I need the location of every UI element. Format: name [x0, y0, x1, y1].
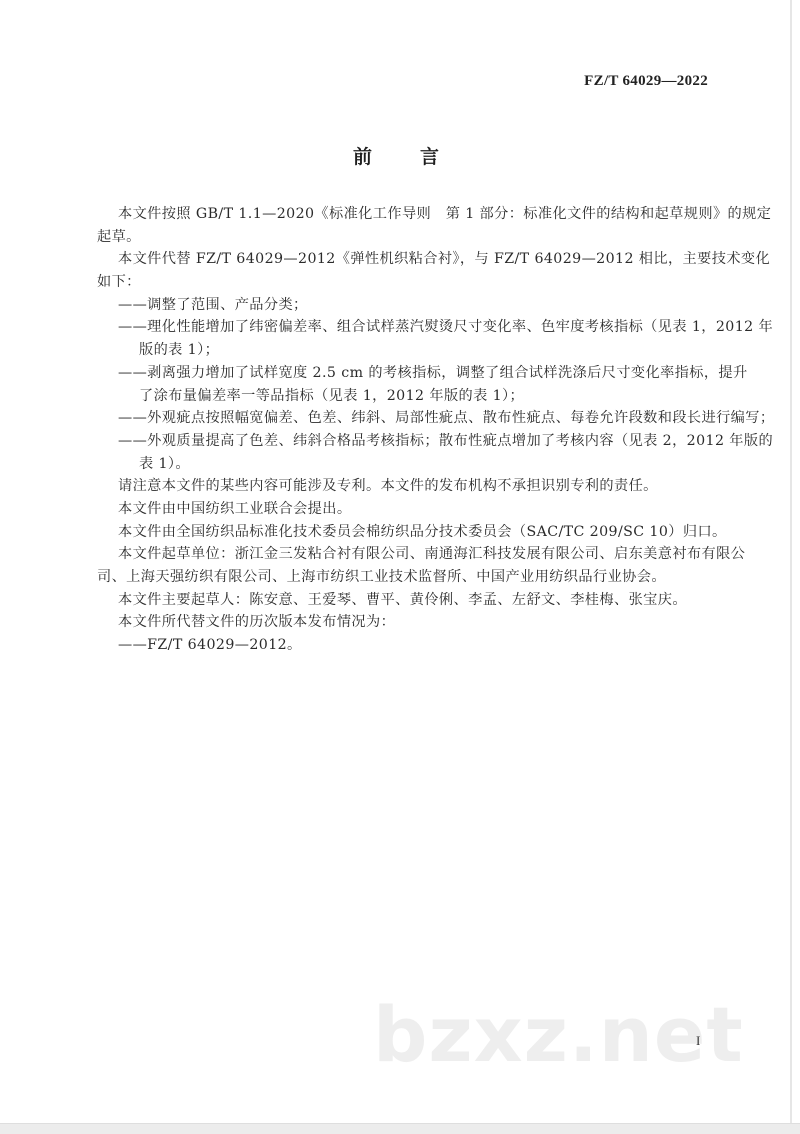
text-line: 如下：	[97, 271, 737, 294]
list-item: ——调整了范围、产品分类；	[97, 294, 737, 317]
text-line: 起草。	[97, 226, 737, 249]
list-item-continuation: 了涂布量偏差率一等品指标（见表 1，2012 年版的表 1）；	[97, 385, 737, 408]
text-line: 本文件按照 GB/T 1.1—2020《标准化工作导则 第 1 部分：标准化文件…	[97, 203, 737, 226]
foreword-body: 本文件按照 GB/T 1.1—2020《标准化工作导则 第 1 部分：标准化文件…	[97, 203, 737, 657]
page-separator	[0, 1123, 800, 1134]
page-number: I	[696, 1033, 700, 1049]
document-page: FZ/T 64029—2022 前言 本文件按照 GB/T 1.1—2020《标…	[0, 0, 792, 1123]
title-char-2: 言	[420, 142, 439, 169]
list-item-continuation: 表 1）。	[97, 453, 737, 476]
drafting-units: 本文件起草单位：浙江金三发粘合衬有限公司、南通海汇科技发展有限公司、启东美意衬布…	[97, 543, 737, 566]
text-line: 本文件代替 FZ/T 64029—2012《弹性机织粘合衬》，与 FZ/T 64…	[97, 248, 737, 271]
drafters: 本文件主要起草人：陈安意、王爱琴、曹平、黄伶俐、李孟、左舒文、李桂梅、张宝庆。	[97, 589, 737, 612]
list-item: ——剥离强力增加了试样宽度 2.5 cm 的考核指标，调整了组合试样洗涤后尺寸变…	[97, 362, 737, 385]
history-item: ——FZ/T 64029—2012。	[97, 634, 737, 657]
watermark: bzxz.net	[373, 990, 744, 1079]
drafting-units-continuation: 司、上海天强纺织有限公司、上海市纺织工业技术监督所、中国产业用纺织品行业协会。	[97, 566, 737, 589]
patent-notice: 请注意本文件的某些内容可能涉及专利。本文件的发布机构不承担识别专利的责任。	[97, 475, 737, 498]
list-item: ——理化性能增加了纬密偏差率、组合试样蒸汽熨烫尺寸变化率、色牢度考核指标（见表 …	[97, 316, 737, 339]
history-heading: 本文件所代替文件的历次版本发布情况为：	[97, 611, 737, 634]
list-item: ——外观质量提高了色差、纬斜合格品考核指标；散布性疵点增加了考核内容（见表 2，…	[97, 430, 737, 453]
page-title: 前言	[0, 142, 792, 169]
list-item-continuation: 版的表 1）；	[97, 339, 737, 362]
list-item: ——外观疵点按照幅宽偏差、色差、纬斜、局部性疵点、散布性疵点、每卷允许段数和段长…	[97, 407, 737, 430]
proposer-statement: 本文件由中国纺织工业联合会提出。	[97, 498, 737, 521]
standard-code: FZ/T 64029—2022	[584, 73, 708, 90]
title-char-1: 前	[353, 142, 372, 169]
committee-statement: 本文件由全国纺织品标准化技术委员会棉纺织品分技术委员会（SAC/TC 209/S…	[97, 521, 737, 544]
